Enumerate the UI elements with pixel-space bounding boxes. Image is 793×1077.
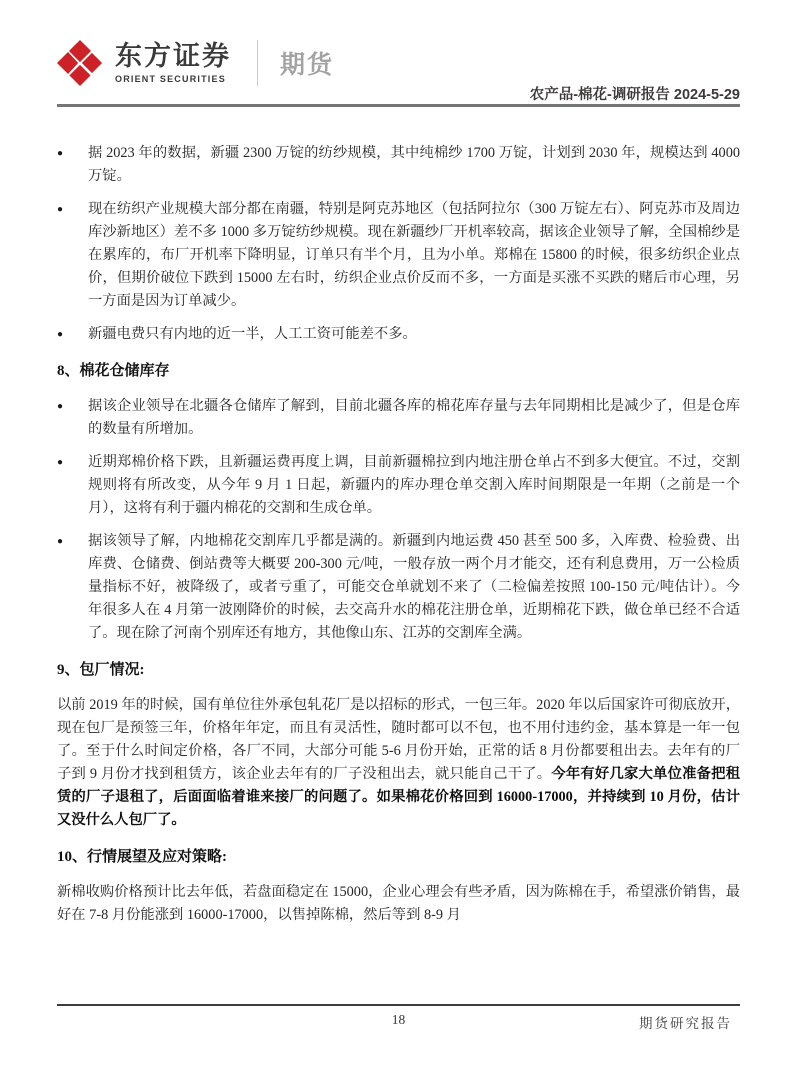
orient-securities-logo-icon xyxy=(57,40,103,86)
section-heading-9: 9、包厂情况: xyxy=(57,659,740,682)
bullet-marker: ● xyxy=(57,530,88,645)
report-body: ● 据 2023 年的数据，新疆 2300 万锭的纺纱规模，其中纯棉纱 1700… xyxy=(57,142,740,937)
brand-name: 东方证券 ORIENT SECURITIES xyxy=(115,42,231,83)
bullet-marker: ● xyxy=(57,451,88,520)
bullet-text-south-xinjiang: 现在纺织产业规模大部分都在南疆，特别是阿克苏地区（包括阿拉尔（300 万锭左右）… xyxy=(88,198,740,313)
footer-report-type: 期货研究报告 xyxy=(639,1012,732,1032)
header-rule xyxy=(57,104,740,107)
page-number: 18 xyxy=(57,1012,740,1028)
paragraph-factory-leasing: 以前 2019 年的时候，国有单位往外承包轧花厂是以招标的形式，一包三年。202… xyxy=(57,694,740,832)
bullet-text-north-warehouse: 据该企业领导在北疆各仓储库了解到，目前北疆各库的棉花库存量与去年同期相比是减少了… xyxy=(88,395,740,441)
brand-block: 东方证券 ORIENT SECURITIES 期货 xyxy=(57,40,740,86)
page-footer: 18 期货研究报告 xyxy=(57,1012,740,1034)
bullet-marker: ● xyxy=(57,142,88,188)
brand-business-line: 期货 xyxy=(280,45,334,81)
brand-name-cn: 东方证券 xyxy=(115,42,231,70)
report-title: 农产品-棉花-调研报告 2024-5-29 xyxy=(530,83,740,104)
bullet-marker: ● xyxy=(57,395,88,441)
bullet-text-delivery-rule: 近期郑棉价格下跌，且新疆运费再度上调，目前新疆棉拉到内地注册仓单占不到多大便宜。… xyxy=(88,451,740,520)
report-page: 东方证券 ORIENT SECURITIES 期货 农产品-棉花-调研报告 20… xyxy=(0,0,793,1077)
brand-divider xyxy=(257,40,258,86)
bullet-marker: ● xyxy=(57,198,88,313)
bullet-text-spinning-scale: 据 2023 年的数据，新疆 2300 万锭的纺纱规模，其中纯棉纱 1700 万… xyxy=(88,142,740,188)
bullet-item: ● 据该领导了解，内地棉花交割库几乎都是满的。新疆到内地运费 450 甚至 50… xyxy=(57,530,740,645)
bullet-text-delivery-warehouse-full: 据该领导了解，内地棉花交割库几乎都是满的。新疆到内地运费 450 甚至 500 … xyxy=(88,530,740,645)
bullet-item: ● 据 2023 年的数据，新疆 2300 万锭的纺纱规模，其中纯棉纱 1700… xyxy=(57,142,740,188)
page-header: 东方证券 ORIENT SECURITIES 期货 农产品-棉花-调研报告 20… xyxy=(57,40,740,106)
brand-name-en: ORIENT SECURITIES xyxy=(115,74,231,84)
section-heading-10: 10、行情展望及应对策略: xyxy=(57,846,740,869)
bullet-item: ● 近期郑棉价格下跌，且新疆运费再度上调，目前新疆棉拉到内地注册仓单占不到多大便… xyxy=(57,451,740,520)
bullet-marker: ● xyxy=(57,323,88,346)
bullet-item: ● 新疆电费只有内地的近一半，人工工资可能差不多。 xyxy=(57,323,740,346)
footer-rule xyxy=(57,1004,740,1006)
bullet-text-electricity-cost: 新疆电费只有内地的近一半，人工工资可能差不多。 xyxy=(88,323,740,346)
section-heading-8: 8、棉花仓储库存 xyxy=(57,360,740,383)
bullet-item: ● 现在纺织产业规模大部分都在南疆，特别是阿克苏地区（包括阿拉尔（300 万锭左… xyxy=(57,198,740,313)
paragraph-market-outlook: 新棉收购价格预计比去年低，若盘面稳定在 15000，企业心理会有些矛盾，因为陈棉… xyxy=(57,881,740,927)
bullet-item: ● 据该企业领导在北疆各仓储库了解到，目前北疆各库的棉花库存量与去年同期相比是减… xyxy=(57,395,740,441)
